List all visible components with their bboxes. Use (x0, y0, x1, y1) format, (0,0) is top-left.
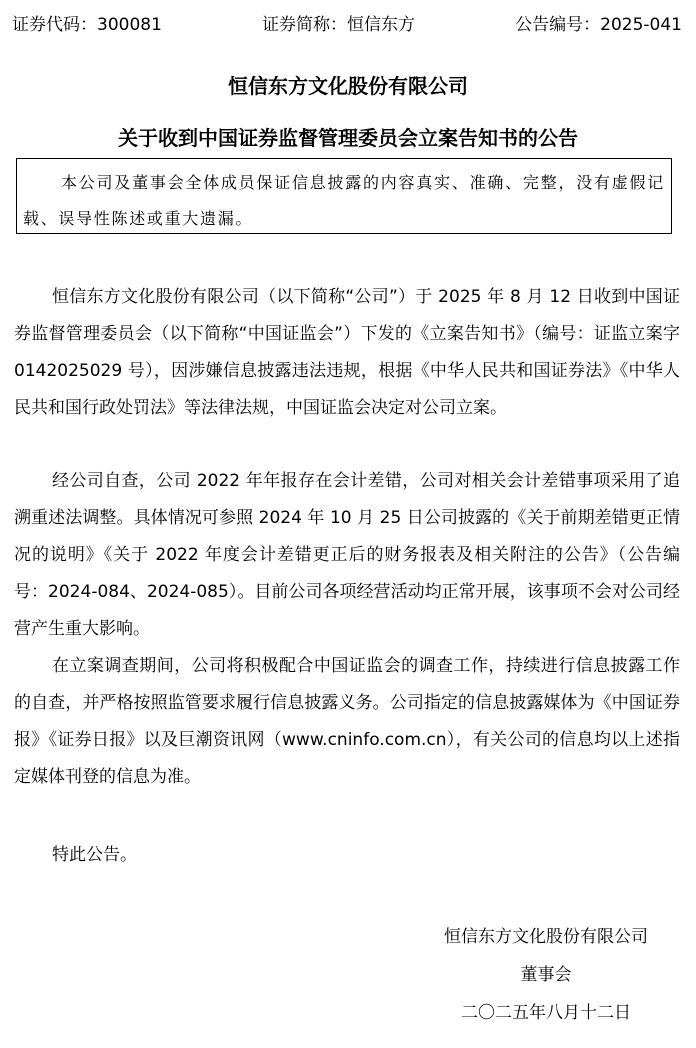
announcement-number: 公告编号：2025-041 (515, 10, 682, 35)
stock-code: 证券代码：300081 (12, 10, 162, 35)
signature-date: 二〇二五年八月十二日 (426, 998, 666, 1023)
paragraph-text: 恒信东方文化股份有限公司（以下简称“公司”）于 2025 年 8 月 12 日收… (14, 279, 680, 427)
paragraph-3: 在立案调查期间，公司将积极配合中国证监会的调查工作，持续进行信息披露工作的自查，… (14, 648, 680, 796)
paragraph-1: 恒信东方文化股份有限公司（以下简称“公司”）于 2025 年 8 月 12 日收… (14, 279, 680, 427)
closing-statement: 特此公告。 (52, 840, 137, 865)
announcement-title: 关于收到中国证券监督管理委员会立案告知书的公告 (0, 122, 696, 151)
stock-name: 证券简称：恒信东方 (262, 10, 415, 35)
paragraph-2: 经公司自查，公司 2022 年年报存在会计差错，公司对相关会计差错事项采用了追溯… (14, 463, 680, 648)
paragraph-text: 经公司自查，公司 2022 年年报存在会计差错，公司对相关会计差错事项采用了追溯… (14, 463, 680, 648)
company-title: 恒信东方文化股份有限公司 (0, 70, 696, 99)
disclaimer-box: 本公司及董事会全体成员保证信息披露的内容真实、准确、完整，没有虚假记载、误导性陈… (16, 158, 672, 234)
paragraph-text: 在立案调查期间，公司将积极配合中国证监会的调查工作，持续进行信息披露工作的自查，… (14, 648, 680, 796)
document-header: 证券代码：300081 证券简称：恒信东方 公告编号：2025-041 (12, 8, 682, 36)
signature-board: 董事会 (426, 960, 666, 985)
signature-company: 恒信东方文化股份有限公司 (426, 922, 666, 947)
